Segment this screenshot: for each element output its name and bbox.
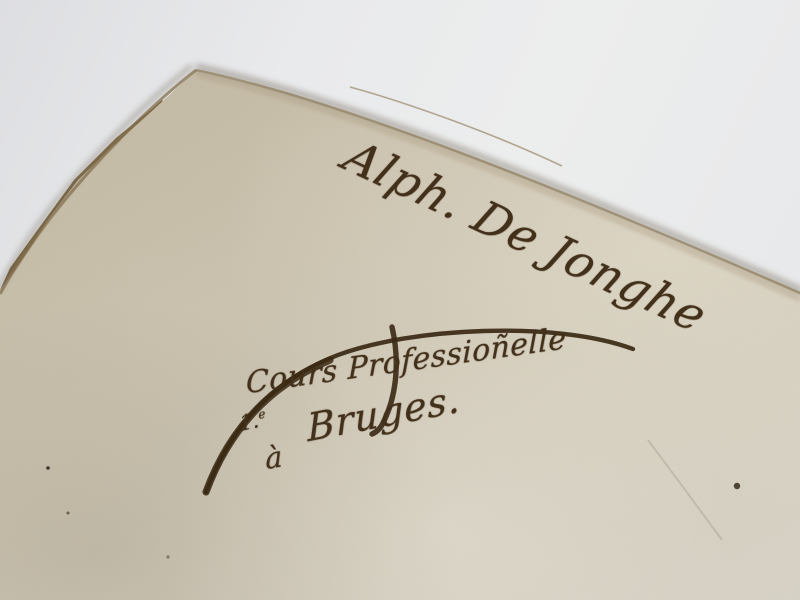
inscription-preposition: à [264,439,283,476]
inscription-ordinal-number: 1. [238,408,260,436]
photo-of-book-flyleaf: Alph. De Jonghe 1.e Cours Professioñelle… [0,0,800,600]
inscription-ordinal-suffix: e [258,406,266,421]
